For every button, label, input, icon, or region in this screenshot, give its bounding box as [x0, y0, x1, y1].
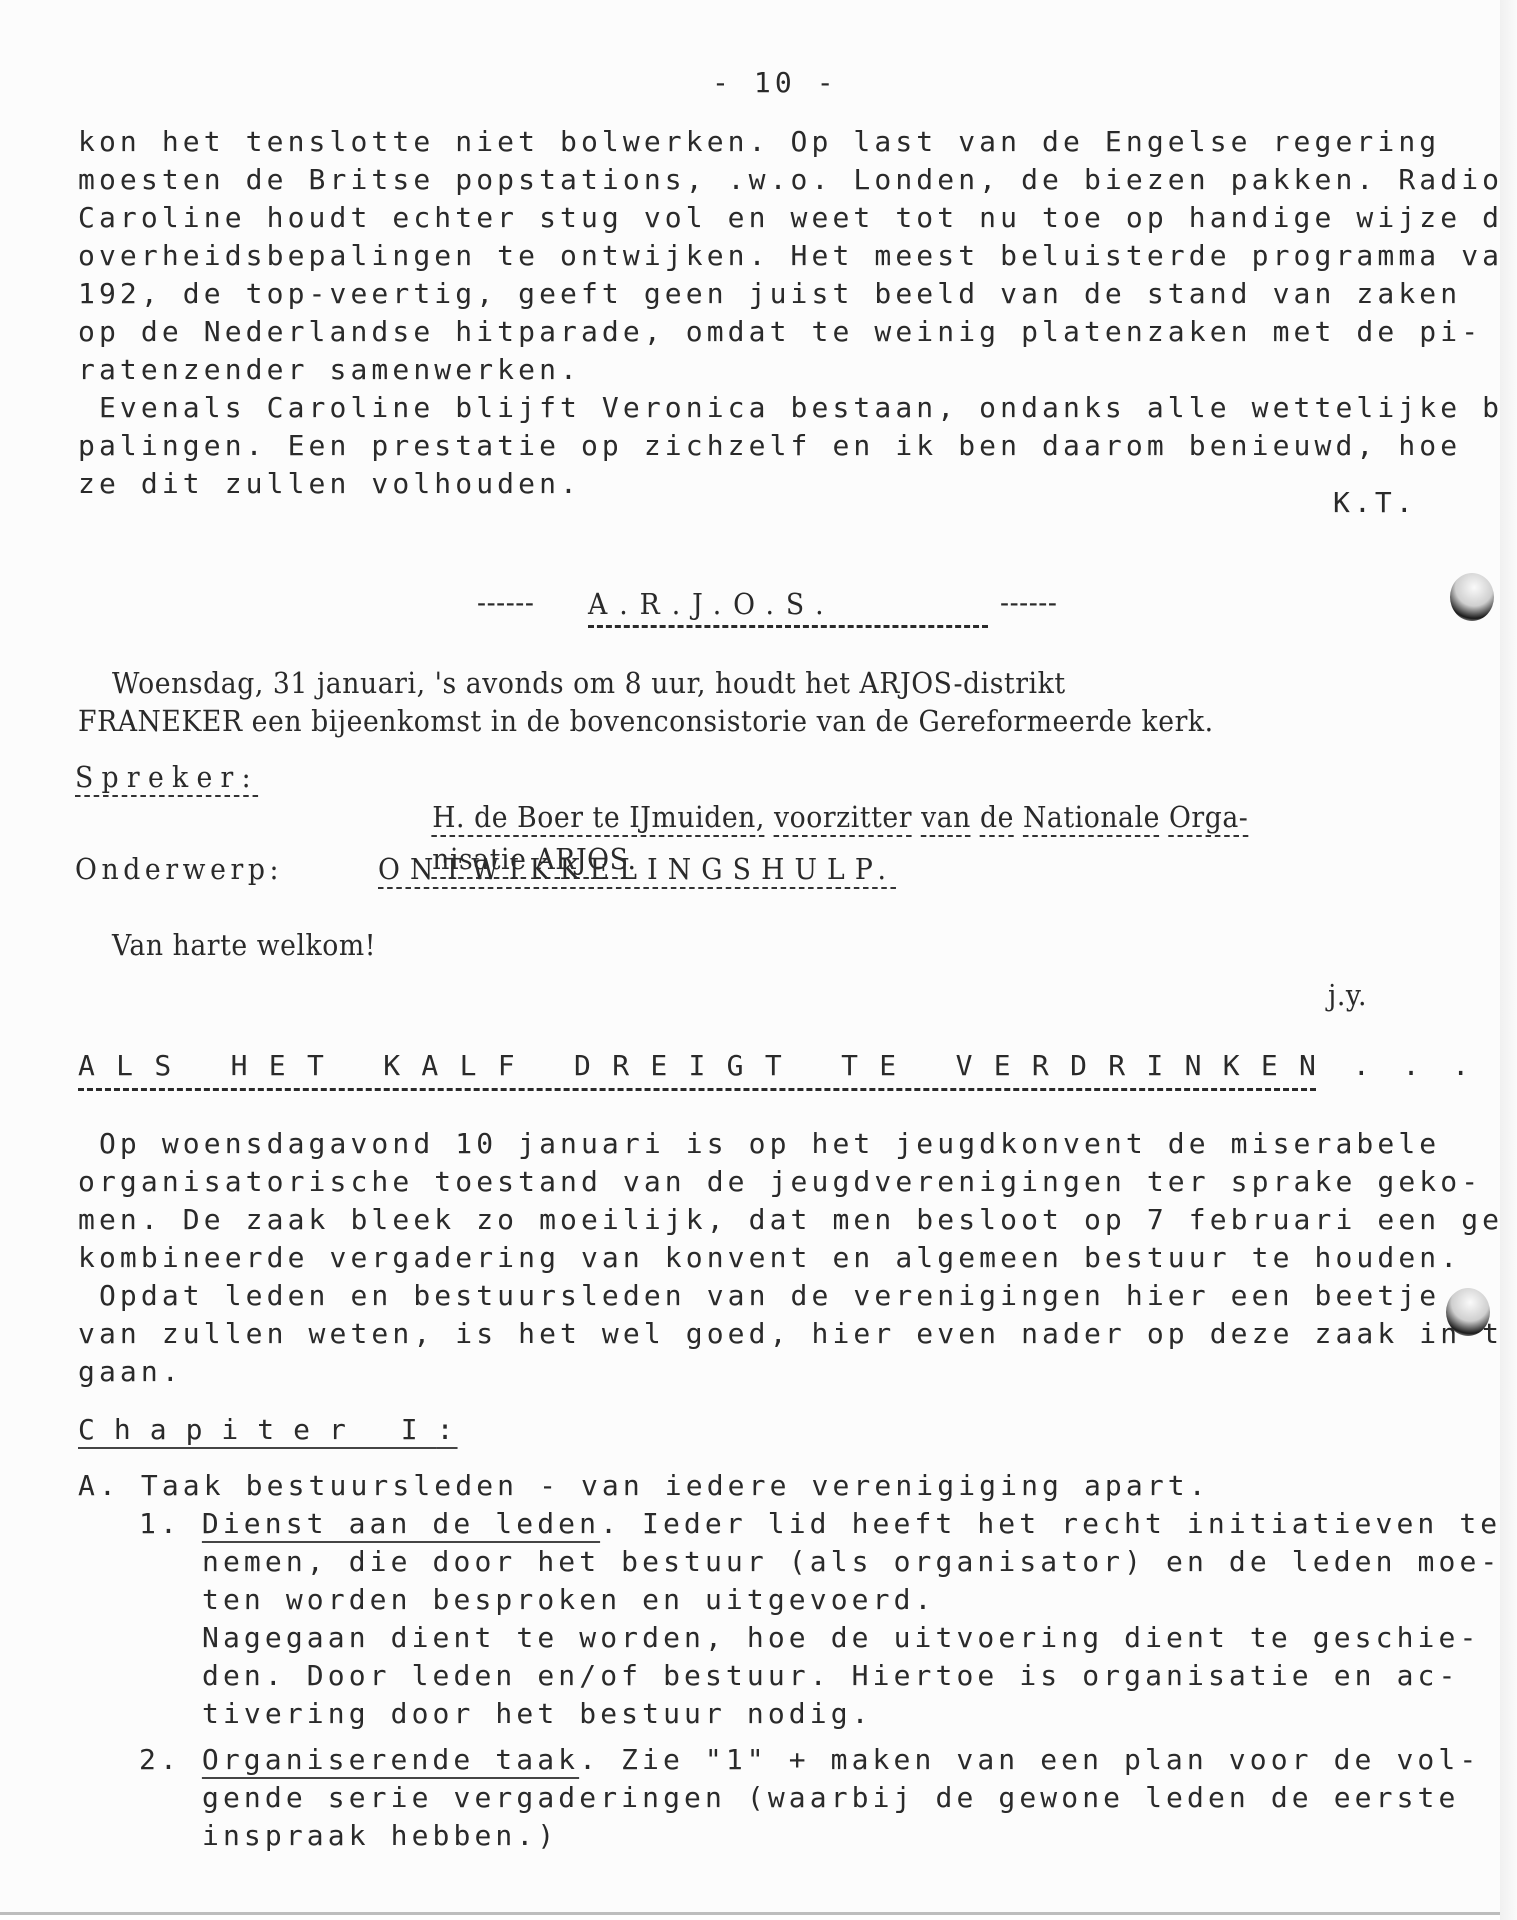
speaker-role-word: van: [921, 800, 971, 834]
arjos-title: A.R.J.O.S.: [588, 584, 836, 624]
text-line: Op woensdagavond 10 januari is op het je…: [78, 1125, 1440, 1163]
speaker-role-word: Nationale: [1023, 800, 1160, 834]
punch-hole: [1446, 1288, 1490, 1336]
item-number: 2.: [139, 1743, 181, 1776]
arjos-title-left-dashes: ------: [477, 582, 534, 622]
text-line: inspraak hebben.): [202, 1817, 558, 1855]
item-title: Organiserende taak: [202, 1743, 579, 1776]
text-line: Evenals Caroline blijft Veronica bestaan…: [78, 389, 1517, 427]
article-heading: ALS HET KALF DREIGT TE VERDRINKEN: [78, 1047, 1337, 1085]
speaker-role-word: voorzitter: [774, 800, 912, 834]
text-line: palingen. Een prestatie op zichzelf en i…: [78, 427, 1461, 465]
text-line: gaan.: [78, 1353, 183, 1391]
text-line: Caroline houdt echter stug vol en weet t…: [78, 199, 1517, 237]
punch-hole: [1450, 573, 1494, 621]
speaker-role-word: Orga-: [1169, 800, 1248, 834]
list-item-1: 1. Dienst aan de leden. Ieder lid heeft …: [139, 1505, 1501, 1543]
section-a-heading: A. Taak bestuursleden - van iedere veren…: [78, 1467, 1210, 1505]
text-line: den. Door leden en/of bestuur. Hiertoe i…: [202, 1657, 1459, 1695]
author-signature: j.y.: [1328, 975, 1367, 1015]
text-line: Nagegaan dient te worden, hoe de uitvoer…: [202, 1619, 1480, 1657]
speaker-role-word: de: [980, 800, 1014, 834]
text-line: men. De zaak bleek zo moeilijk, dat men …: [78, 1201, 1517, 1239]
text-line: Opdat leden en bestuursleden van de vere…: [78, 1277, 1440, 1315]
text-line: kon het tenslotte niet bolwerken. Op las…: [78, 123, 1440, 161]
text-line: ratenzender samenwerken.: [78, 351, 581, 389]
text-line: op de Nederlandse hitparade, omdat te we…: [78, 313, 1482, 351]
speaker-label: Spreker:: [75, 757, 259, 797]
text-line: organisatorische toestand van de jeugdve…: [78, 1163, 1482, 1201]
heading-ellipsis: . . . .: [1328, 1047, 1517, 1085]
text-line: ten worden besproken en uitgevoerd.: [202, 1581, 936, 1619]
document-page: - 10 - kon het tenslotte niet bolwerken.…: [0, 0, 1502, 1915]
subject-value: ONTWIKKELINGSHULP.: [378, 849, 896, 889]
item-number: 1.: [139, 1507, 181, 1540]
page-number: - 10 -: [712, 64, 838, 102]
text-line: overheidsbepalingen te ontwijken. Het me…: [78, 237, 1517, 275]
text-line: kombineerde vergadering van konvent en a…: [78, 1239, 1461, 1277]
text-line: ze dit zullen volhouden.: [78, 465, 581, 503]
text-line: 192, de top-veertig, geeft geen juist be…: [78, 275, 1461, 313]
author-signature: K.T.: [1333, 484, 1417, 522]
intro-line: FRANEKER een bijeenkomst in de bovencons…: [78, 701, 1214, 741]
subject-label: Onderwerp:: [75, 849, 283, 889]
text-line: van zullen weten, is het wel goed, hier …: [78, 1315, 1517, 1353]
title-underline: [588, 625, 988, 628]
welcome-text: Van harte welkom!: [112, 925, 376, 965]
intro-line: Woensdag, 31 januari, 's avonds om 8 uur…: [112, 663, 1066, 703]
arjos-title-right-dashes: ------: [1000, 582, 1057, 622]
text-line: gende serie vergaderingen (waarbij de ge…: [202, 1779, 1459, 1817]
item-title: Dienst aan de leden: [202, 1507, 600, 1540]
scan-edge: [1500, 0, 1517, 1920]
text-line: nemen, die door het bestuur (als organis…: [202, 1543, 1501, 1581]
heading-underline: [78, 1088, 1316, 1091]
text-line: tivering door het bestuur nodig.: [202, 1695, 873, 1733]
list-item-2: 2. Organiserende taak. Zie "1" + maken v…: [139, 1741, 1480, 1779]
chapter-heading: Chapiter I:: [78, 1411, 458, 1449]
text-line: moesten de Britse popstations, .w.o. Lon…: [78, 161, 1503, 199]
